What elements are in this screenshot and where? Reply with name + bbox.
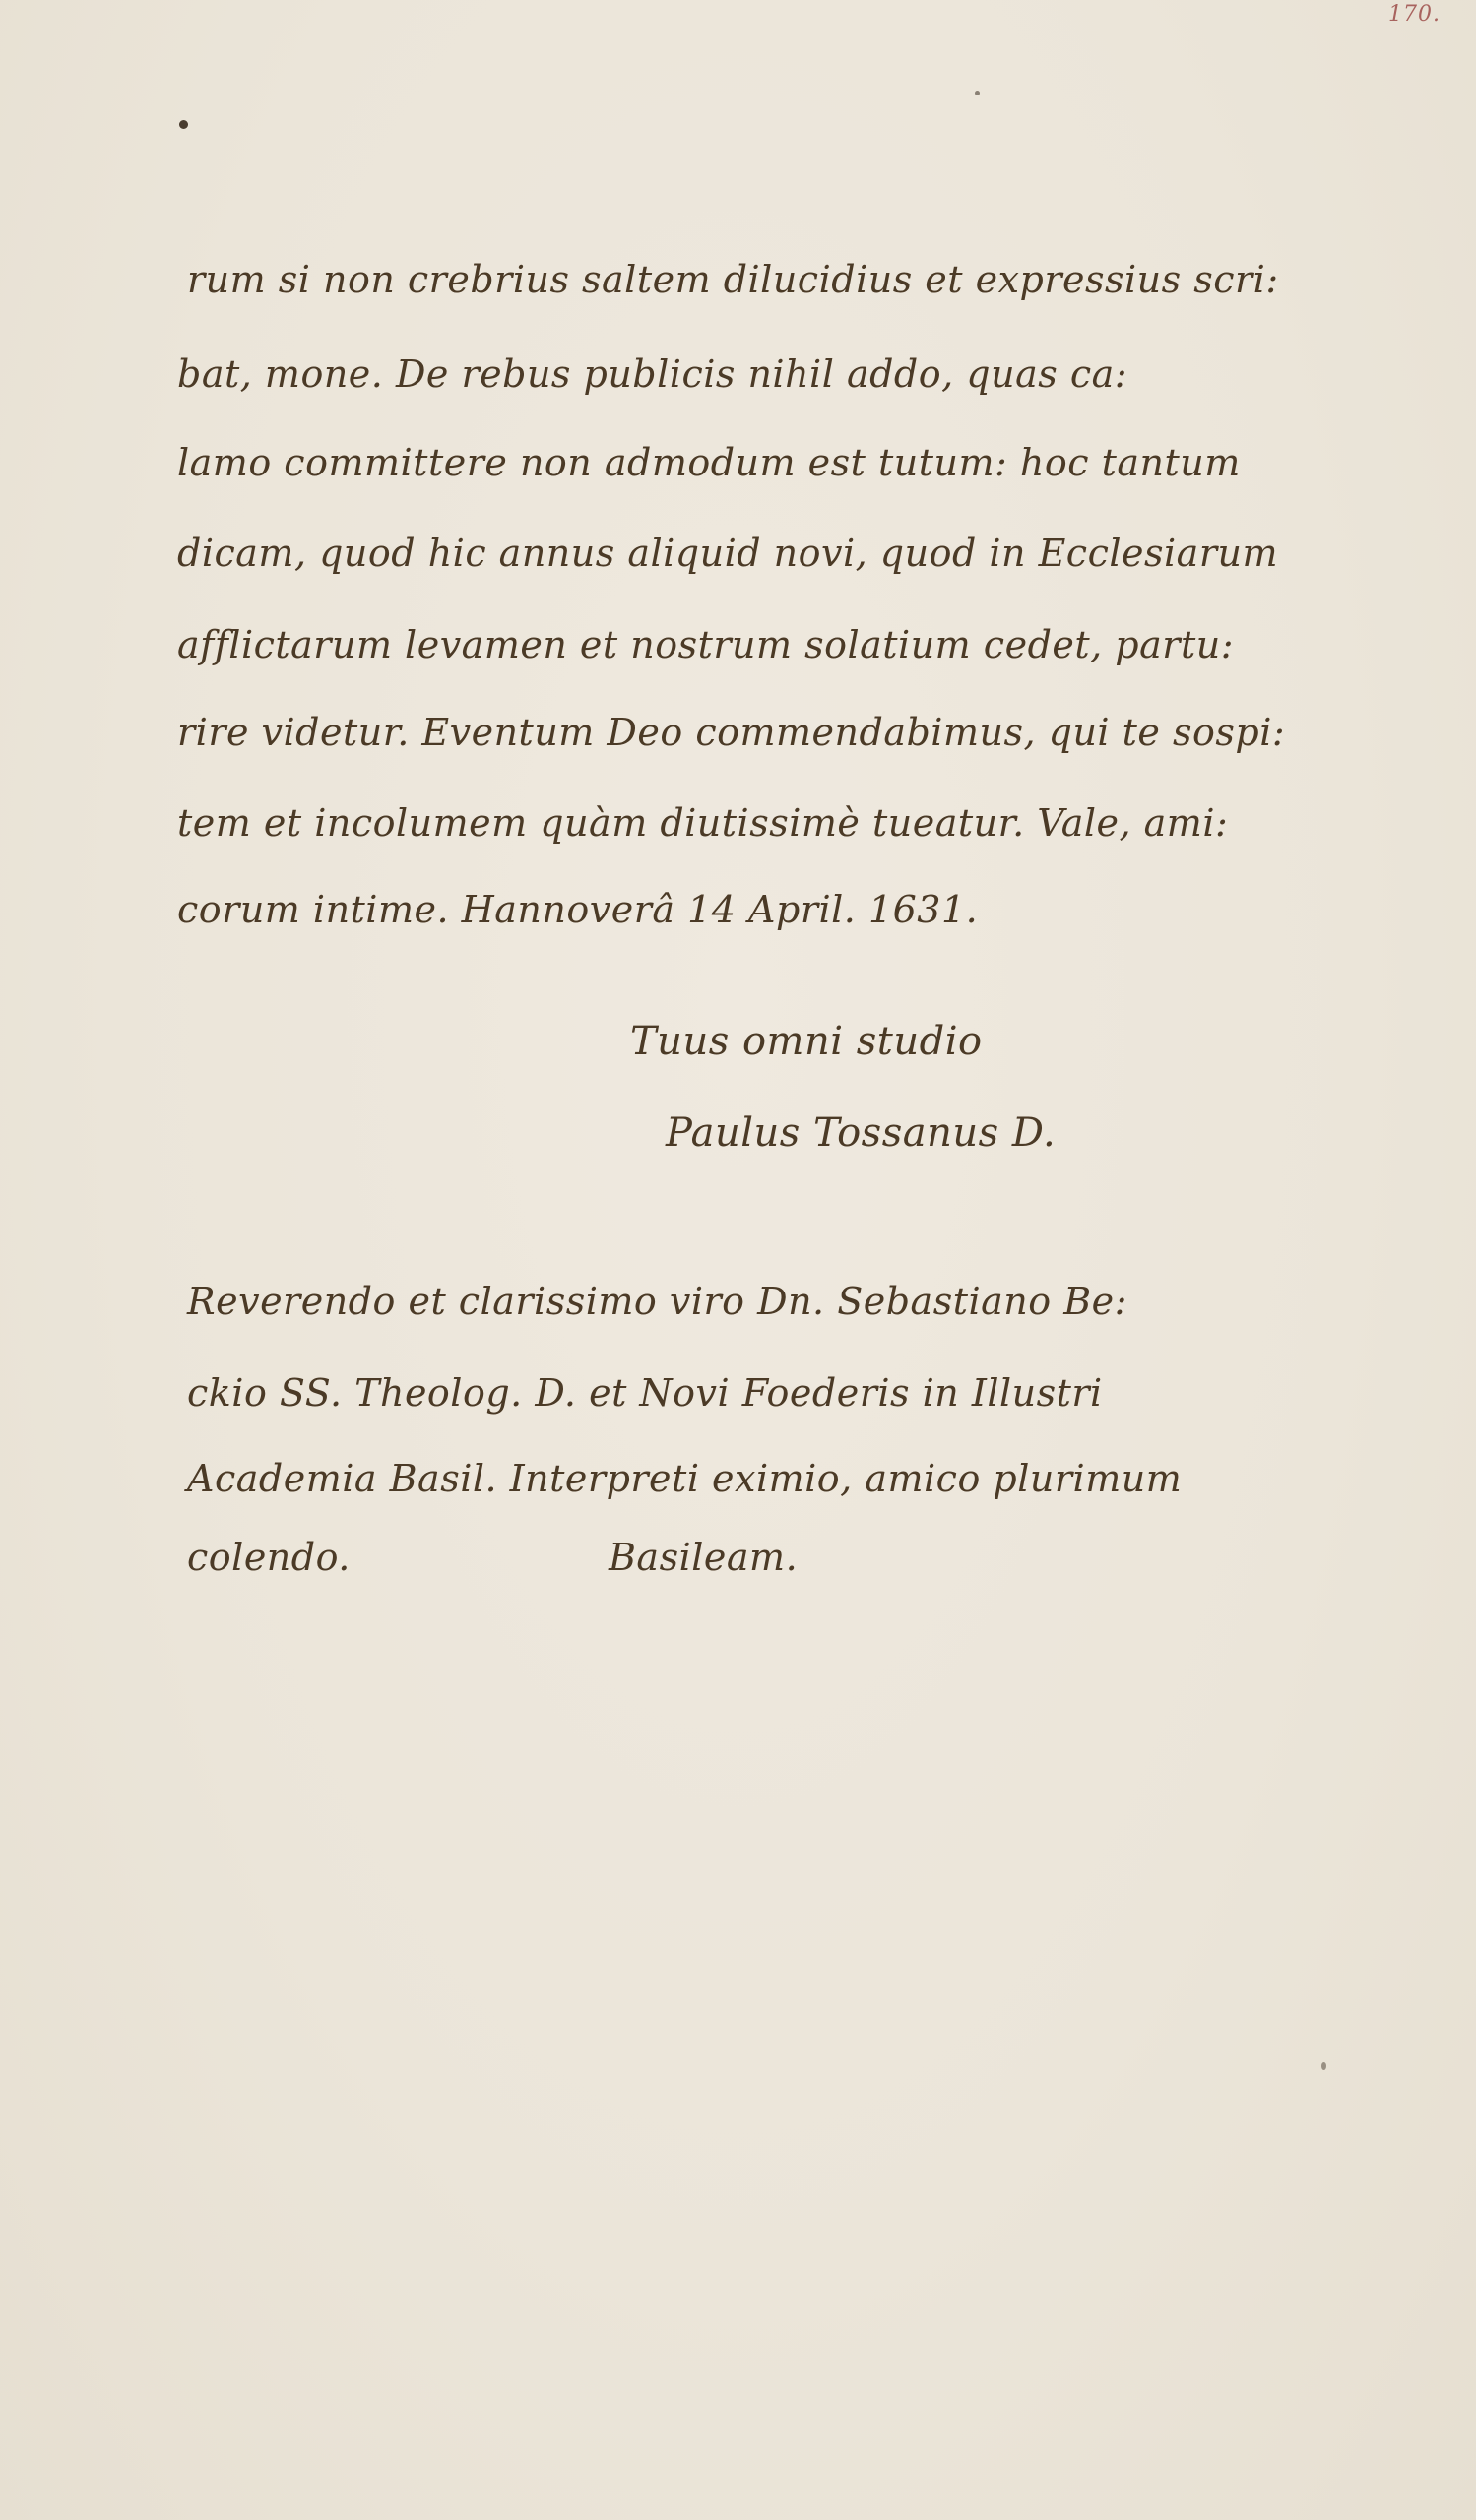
signature: Paulus Tossanus D. (666, 1110, 1056, 1156)
body-line: tem et incolumem quàm diutissimè tueatur… (177, 801, 1228, 845)
address-line: Academia Basil. Interpreti eximio, amico… (187, 1457, 1182, 1500)
address-line: ckio SS. Theolog. D. et Novi Foederis in… (187, 1371, 1103, 1415)
destination: Basileam. (609, 1536, 798, 1579)
body-line: bat, mone. De rebus publicis nihil addo,… (177, 352, 1127, 396)
manuscript-page: 170. rum si non crebrius saltem dilucidi… (0, 0, 1476, 2520)
valediction: Tuus omni studio (630, 1019, 983, 1064)
body-line: rum si non crebrius saltem dilucidius et… (187, 258, 1279, 301)
ink-speck (975, 91, 980, 95)
body-line: afflictarum levamen et nostrum solatium … (177, 623, 1234, 666)
body-line: lamo committere non admodum est tutum: h… (177, 441, 1241, 484)
ink-speck (1321, 2062, 1326, 2070)
ink-speck (179, 120, 188, 129)
body-line: dicam, quod hic annus aliquid novi, quod… (177, 532, 1278, 575)
body-line: corum intime. Hannoverâ 14 April. 1631. (177, 888, 978, 931)
body-line: rire videtur. Eventum Deo commendabimus,… (177, 711, 1285, 754)
address-line: colendo. (187, 1536, 351, 1579)
folio-number: 170. (1388, 2, 1441, 27)
address-line: Reverendo et clarissimo viro Dn. Sebasti… (187, 1280, 1127, 1323)
